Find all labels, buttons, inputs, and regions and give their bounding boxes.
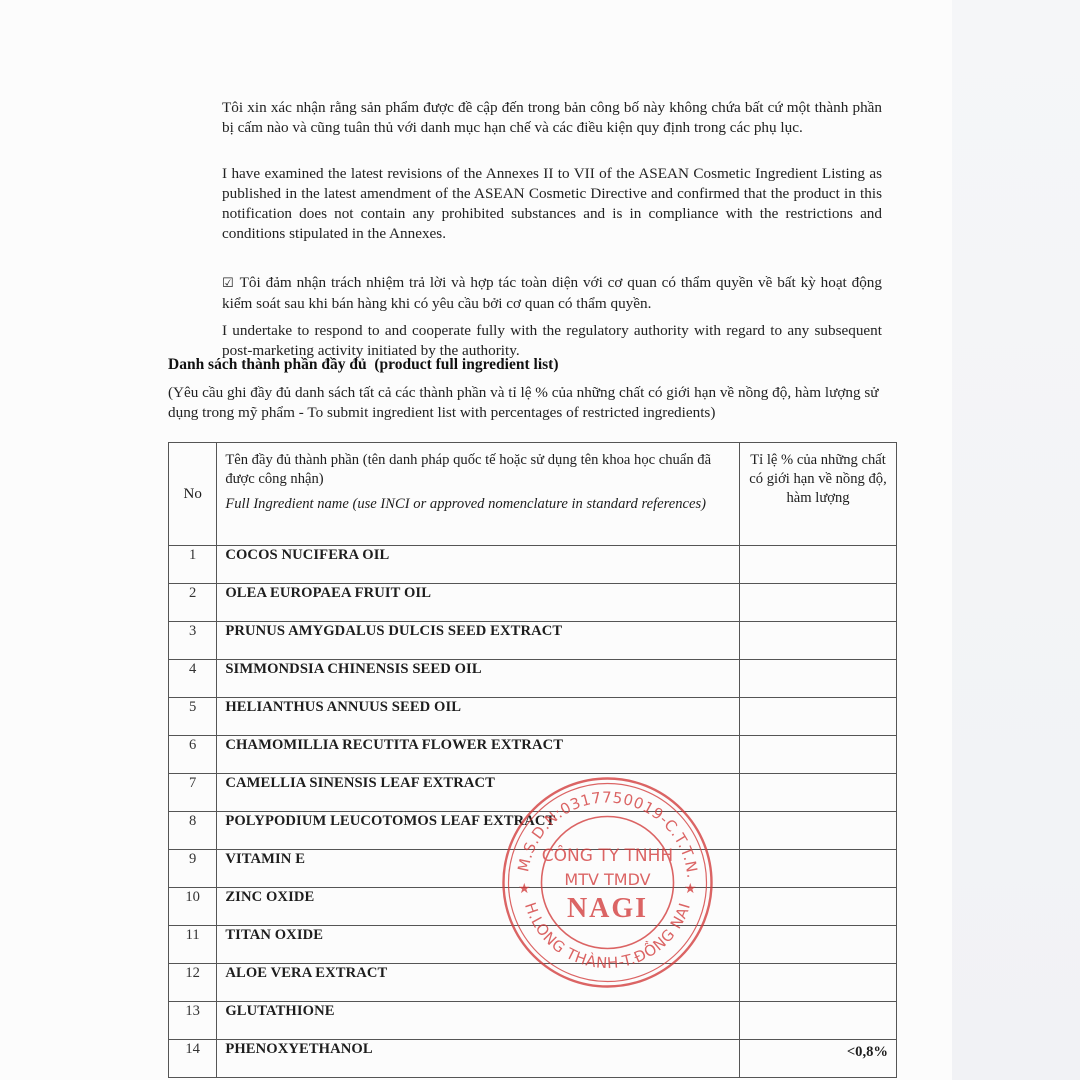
ingredient-section-title: Danh sách thành phần đầy đủ (product ful… bbox=[168, 356, 558, 374]
ingredient-row: 2OLEA EUROPAEA FRUIT OIL bbox=[169, 584, 897, 622]
ingredient-row: 1COCOS NUCIFERA OIL bbox=[169, 546, 897, 584]
ingredient-table-body: 1COCOS NUCIFERA OIL2OLEA EUROPAEA FRUIT … bbox=[169, 546, 897, 1078]
ingredient-row: 4SIMMONDSIA CHINENSIS SEED OIL bbox=[169, 660, 897, 698]
undertaking-statement-vi: ☑Tôi đảm nhận trách nhiệm trả lời và hợp… bbox=[222, 273, 882, 314]
ingredient-name: VITAMIN E bbox=[217, 850, 740, 888]
ingredient-number: 12 bbox=[169, 964, 217, 1002]
ingredient-name: ZINC OXIDE bbox=[217, 888, 740, 926]
ingredient-row: 9VITAMIN E bbox=[169, 850, 897, 888]
ingredient-name: HELIANTHUS ANNUUS SEED OIL bbox=[217, 698, 740, 736]
ingredient-row: 5HELIANTHUS ANNUUS SEED OIL bbox=[169, 698, 897, 736]
header-percentage: Tỉ lệ % của những chất có giới hạn về nồ… bbox=[740, 443, 897, 546]
ingredient-percentage bbox=[740, 584, 897, 622]
ingredient-row: 7CAMELLIA SINENSIS LEAF EXTRACT bbox=[169, 774, 897, 812]
header-name-en: Full Ingredient name (use INCI or approv… bbox=[225, 495, 731, 514]
ingredient-number: 4 bbox=[169, 660, 217, 698]
ingredient-number: 7 bbox=[169, 774, 217, 812]
ingredient-percentage: <0,8% bbox=[740, 1040, 897, 1078]
ingredient-name: ALOE VERA EXTRACT bbox=[217, 964, 740, 1002]
ingredient-number: 10 bbox=[169, 888, 217, 926]
ingredient-number: 13 bbox=[169, 1002, 217, 1040]
ingredient-percentage bbox=[740, 774, 897, 812]
ingredient-number: 3 bbox=[169, 622, 217, 660]
ingredient-percentage bbox=[740, 622, 897, 660]
ingredient-name: GLUTATHIONE bbox=[217, 1002, 740, 1040]
ingredient-name: PHENOXYETHANOL bbox=[217, 1040, 740, 1078]
ingredient-table-header: No Tên đầy đủ thành phần (tên danh pháp … bbox=[169, 443, 897, 546]
ingredient-percentage bbox=[740, 1002, 897, 1040]
ingredient-percentage bbox=[740, 888, 897, 926]
ingredient-percentage bbox=[740, 660, 897, 698]
header-ingredient-name: Tên đầy đủ thành phần (tên danh pháp quố… bbox=[217, 443, 740, 546]
ingredient-name: PRUNUS AMYGDALUS DULCIS SEED EXTRACT bbox=[217, 622, 740, 660]
document-page: Tôi xin xác nhận rằng sản phẩm được đề c… bbox=[0, 0, 952, 1080]
ingredient-row: 14PHENOXYETHANOL<0,8% bbox=[169, 1040, 897, 1078]
ingredient-name: OLEA EUROPAEA FRUIT OIL bbox=[217, 584, 740, 622]
ingredient-name: TITAN OXIDE bbox=[217, 926, 740, 964]
ingredient-number: 5 bbox=[169, 698, 217, 736]
compliance-statement-vi: Tôi xin xác nhận rằng sản phẩm được đề c… bbox=[222, 98, 882, 138]
ingredient-row: 12ALOE VERA EXTRACT bbox=[169, 964, 897, 1002]
undertaking-text-vi: Tôi đảm nhận trách nhiệm trả lời và hợp … bbox=[222, 274, 882, 312]
header-name-vi: Tên đầy đủ thành phần (tên danh pháp quố… bbox=[225, 452, 711, 487]
ingredient-number: 14 bbox=[169, 1040, 217, 1078]
background-side-strip bbox=[952, 0, 1080, 1080]
header-no: No bbox=[169, 443, 217, 546]
ingredient-name: POLYPODIUM LEUCOTOMOS LEAF EXTRACT bbox=[217, 812, 740, 850]
ingredient-row: 6CHAMOMILLIA RECUTITA FLOWER EXTRACT bbox=[169, 736, 897, 774]
checked-checkbox-icon: ☑ bbox=[222, 276, 234, 291]
ingredient-number: 6 bbox=[169, 736, 217, 774]
ingredient-percentage bbox=[740, 698, 897, 736]
ingredient-name: SIMMONDSIA CHINENSIS SEED OIL bbox=[217, 660, 740, 698]
ingredient-table: No Tên đầy đủ thành phần (tên danh pháp … bbox=[168, 442, 897, 1078]
ingredient-row: 13GLUTATHIONE bbox=[169, 1002, 897, 1040]
ingredient-row: 11TITAN OXIDE bbox=[169, 926, 897, 964]
ingredient-row: 10ZINC OXIDE bbox=[169, 888, 897, 926]
ingredient-number: 8 bbox=[169, 812, 217, 850]
ingredient-number: 2 bbox=[169, 584, 217, 622]
ingredient-row: 8POLYPODIUM LEUCOTOMOS LEAF EXTRACT bbox=[169, 812, 897, 850]
ingredient-percentage bbox=[740, 926, 897, 964]
ingredient-percentage bbox=[740, 964, 897, 1002]
ingredient-name: COCOS NUCIFERA OIL bbox=[217, 546, 740, 584]
ingredient-percentage bbox=[740, 850, 897, 888]
ingredient-number: 11 bbox=[169, 926, 217, 964]
ingredient-percentage bbox=[740, 812, 897, 850]
compliance-statement-en: I have examined the latest revisions of … bbox=[222, 164, 882, 244]
ingredient-section-note: (Yêu cầu ghi đầy đủ danh sách tất cả các… bbox=[168, 383, 898, 423]
ingredient-number: 9 bbox=[169, 850, 217, 888]
ingredient-name: CHAMOMILLIA RECUTITA FLOWER EXTRACT bbox=[217, 736, 740, 774]
ingredient-row: 3PRUNUS AMYGDALUS DULCIS SEED EXTRACT bbox=[169, 622, 897, 660]
ingredient-percentage bbox=[740, 546, 897, 584]
ingredient-percentage bbox=[740, 736, 897, 774]
ingredient-number: 1 bbox=[169, 546, 217, 584]
ingredient-name: CAMELLIA SINENSIS LEAF EXTRACT bbox=[217, 774, 740, 812]
